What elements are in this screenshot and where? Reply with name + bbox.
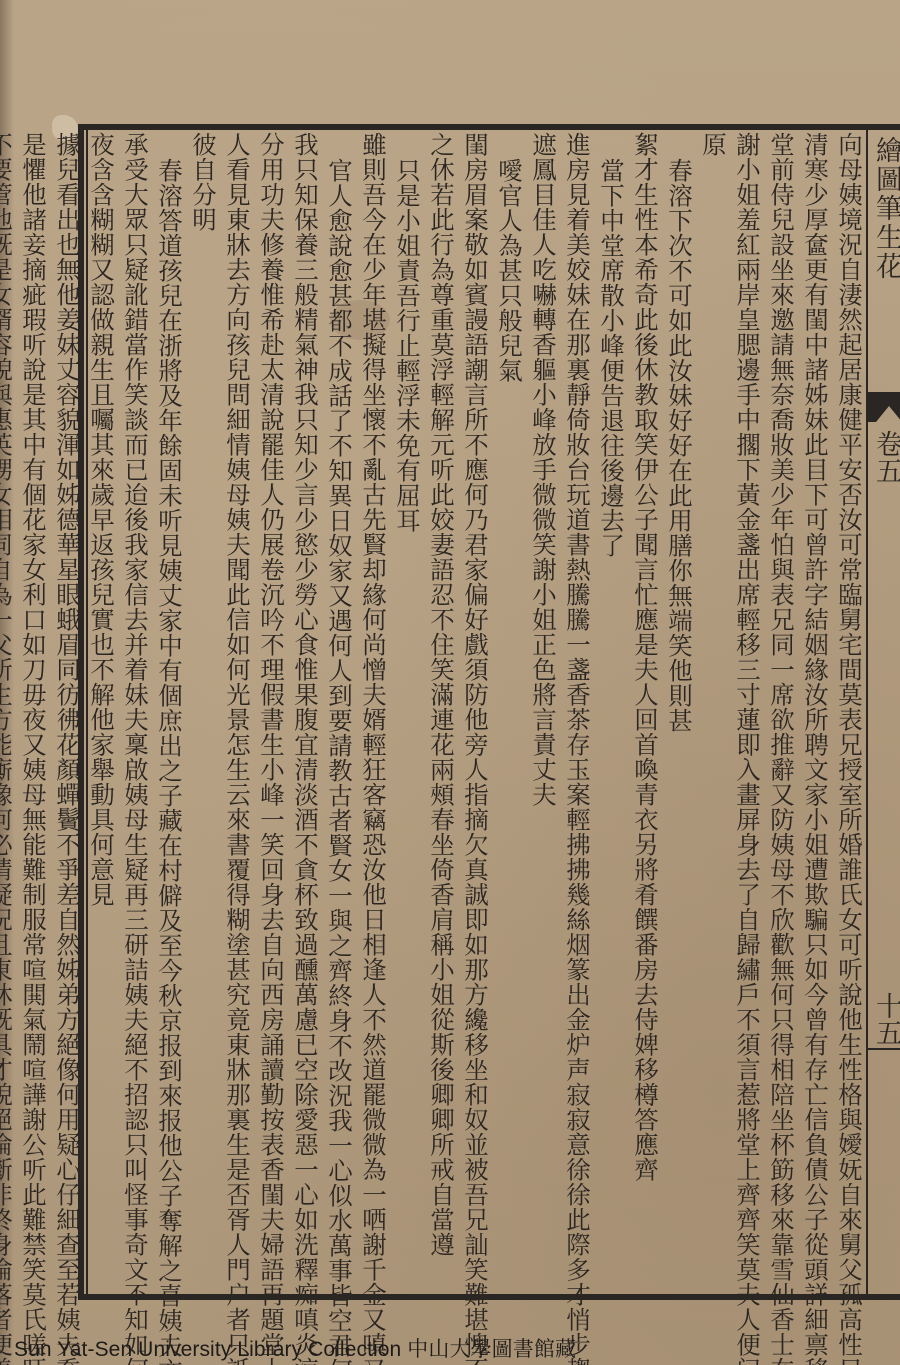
text-column: 夜含含糊糊又認做親生且囑其來歲早返孩兒實也不解他家舉動具何意見: [84, 132, 118, 1294]
text-column: 承受大眾只疑訛錯當作笑談而已迨後我家信去并着妹夫稟啟姨母生疑再三研詰姨夫絕不招認…: [118, 132, 152, 1294]
book-title: 繪圖筆生花: [870, 136, 900, 281]
text-column: 噯官人為甚只般兒氣: [492, 132, 526, 1294]
text-column: 遮鳳目佳人吃嚇轉香軀小峰放手微微笑謝小姐正色將言責丈夫: [526, 132, 560, 1294]
text-column: 春溶答道孩兒在浙將及年餘固未听見姨丈家中有個庶出之子藏在村僻及至今秋京报到來报他…: [152, 132, 186, 1294]
vertical-text-body: 向母姨境況自淒然起居康健平安否汝可常臨舅宅間莫表兄授室所婚誰氏女可听說他生性格與…: [92, 132, 866, 1294]
page-number: 十五: [870, 992, 900, 1046]
text-column: 堂前侍兒設坐來邀請無奈喬妝美少年怕與表兄同一席欲推辭又防姨母不欣歡無何只得相陪坐…: [764, 132, 798, 1294]
text-column: 據兒看出也無他姜妹丈容貌渾如姊德華星眼蛾眉同彷彿花顏蟬鬢不爭差自然姊弟方絕像何用…: [50, 132, 84, 1294]
fishtail-ornament-icon: [868, 392, 900, 422]
text-column: 官人愈說愈甚都不成話了不知異日奴家又遇何人到要請教古者賢女一與之齊終身不改況我一…: [322, 132, 356, 1294]
text-column: 彼自分明: [186, 132, 220, 1294]
text-column: 原: [696, 132, 730, 1294]
banxin-rule: [868, 1048, 900, 1050]
text-column: 是懼他諸妾摘疵瑕听說是其中有個花家女利口如刀毋夜又姨母無能難制服常喧閧氣鬧喧譁謝…: [16, 132, 50, 1294]
text-column: 只是小姐責吾行止輕浮未免有屈耳: [390, 132, 424, 1294]
library-collection-credit: Sun Yat-Sen University Library Collectio…: [14, 1333, 576, 1363]
text-column: 進房見着美姣妹在那裏靜倚妝台玩道書熱騰騰一盞香茶存玉案輕拂拂幾絲烟篆出金炉声寂寂…: [560, 132, 594, 1294]
text-column: 之休若此行為尊重莫浮輕解元听此姣妻語忍不住笑滿連花兩頰春坐倚香肩稱小姐從斯後卿卿…: [424, 132, 458, 1294]
text-column: 絮才生性本希奇此後休教取笑伊公子聞言忙應是夫人回首喚青衣另將肴饌番房去侍婢移樽答…: [628, 132, 662, 1294]
text-column: 向母姨境況自淒然起居康健平安否汝可常臨舅宅間莫表兄授室所婚誰氏女可听說他生性格與…: [832, 132, 866, 1294]
center-margin-banxin: 繪圖筆生花 卷五 十五: [866, 130, 900, 1294]
text-column: 不要管他既是女婿容貌與惠英甥女相同自為一父所生方能廝像何必猜疑況且東牀既具才貌絕…: [0, 132, 16, 1294]
text-column: 清寒少厚奩更有閨中諸姊妹此目下可曾許字結姻緣汝所聘文家小姐遭欺騙只如今曾有存亡信…: [798, 132, 832, 1294]
text-column: 當下中堂席散小峰便告退往後邊去了: [594, 132, 628, 1294]
text-column: 閨房眉案敬如賓謾語謿言所不應何乃君家偏好戲須防他旁人指摘欠真誠即如那方纔移坐和奴…: [458, 132, 492, 1294]
text-column: 春溶下次不可如此汝妹好好在此用膳你無端笑他則甚: [662, 132, 696, 1294]
text-column: 人看見東牀去方向孩兒問細情姨母姨夫聞此信如何光景怎生云來書覆得糊塗甚究竟東牀那裏…: [220, 132, 254, 1294]
text-column: 我只知保養三般精氣神我只知少言少慾少勞心食惟果腹宜清淡酒不貪杯致過醺萬慮已空除愛…: [288, 132, 322, 1294]
text-column: 謝小姐羞紅兩岸皇腮邊手中擱下黃金盞出席輕移三寸蓮即入畫屏身去了自歸繡戶不須言惹將…: [730, 132, 764, 1294]
text-column: 分用功夫修養惟希赴太清說罷佳人仍展卷沉吟不理假書生小峰一笑回身去自向西房誦讀勤按…: [254, 132, 288, 1294]
volume-label: 卷五: [870, 430, 900, 484]
text-column: 雖則吾今在少年堪擬得坐懷不亂古先賢却緣何尚憎夫婿輕狂客竊恐汝他日相逢人不然道罷微…: [356, 132, 390, 1294]
